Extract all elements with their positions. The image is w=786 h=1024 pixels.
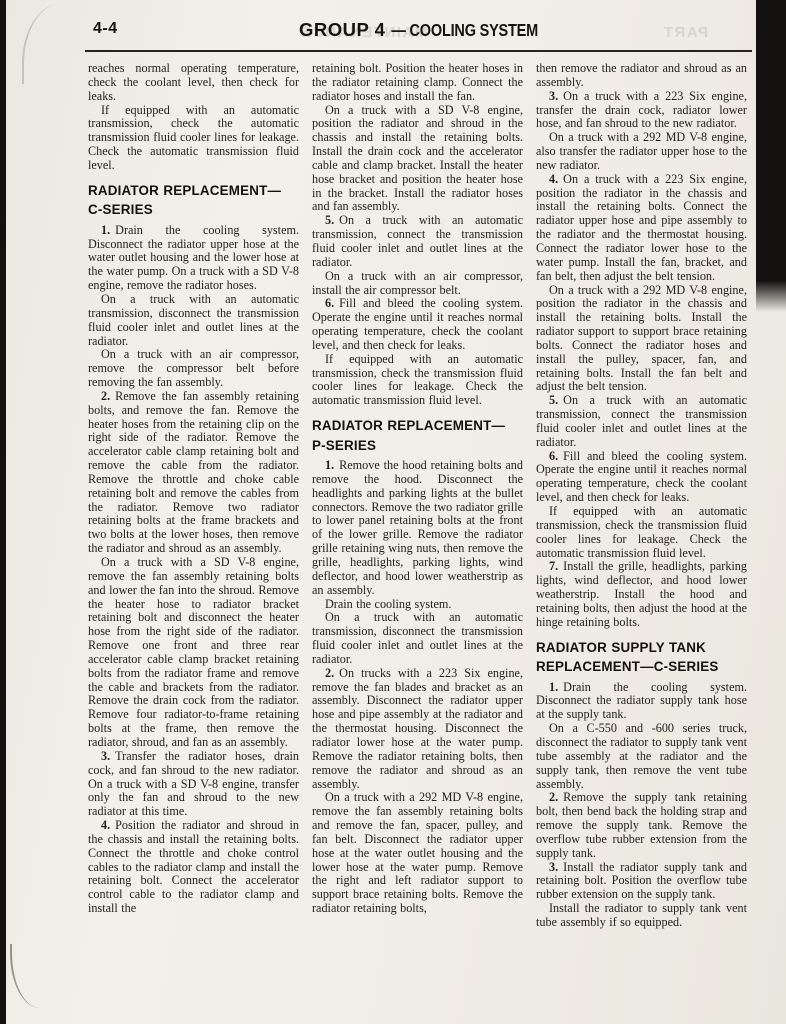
step-paragraph: 2.Remove the fan assembly retaining bolt… — [88, 390, 299, 556]
scan-edge-right — [756, 0, 786, 312]
step-paragraph: 3.Install the radiator supply tank and r… — [536, 861, 747, 903]
paragraph: If equipped with an automatic transmissi… — [88, 104, 299, 173]
step-number: 2. — [101, 389, 110, 403]
paragraph: On a truck with a 292 MD V-8 engine, pos… — [536, 284, 747, 395]
step-text: Drain the cooling system. Disconnect the… — [88, 223, 299, 292]
paragraph: Install the radiator to supply tank vent… — [536, 902, 747, 930]
paragraph: On a truck with an automatic transmissio… — [312, 611, 523, 666]
step-number: 4. — [101, 818, 110, 832]
group-title: GROUP 4 — [299, 19, 385, 40]
step-text: Install the grille, headlights, parking … — [536, 559, 747, 628]
step-text: Remove the supply tank retaining bolt, t… — [536, 790, 747, 859]
step-number: 4. — [549, 172, 558, 186]
step-number: 6. — [549, 449, 558, 463]
step-text: On trucks with a 223 Six engine, remove … — [312, 666, 523, 791]
step-number: 1. — [325, 458, 334, 472]
step-text: On a truck with an automatic transmissio… — [312, 213, 523, 269]
step-number: 2. — [325, 666, 334, 680]
step-number: 5. — [325, 213, 334, 227]
heading-line: RADIATOR REPLACEMENT— — [88, 183, 281, 198]
column-1: reaches normal operating temperature, ch… — [88, 62, 299, 930]
step-text: On a truck with a 223 Six engine, positi… — [536, 172, 747, 283]
step-paragraph: 6.Fill and bleed the cooling system. Ope… — [536, 450, 747, 505]
paragraph: retaining bolt. Position the heater hose… — [312, 62, 523, 104]
step-paragraph: 1.Drain the cooling system. Disconnect t… — [88, 224, 299, 293]
column-2: retaining bolt. Position the heater hose… — [312, 62, 523, 930]
step-text: Transfer the radiator hoses, drain cock,… — [88, 749, 299, 818]
step-number: 6. — [325, 296, 334, 310]
paragraph: On a truck with a 292 MD V-8 engine, als… — [536, 131, 747, 173]
paragraph: Drain the cooling system. — [312, 598, 523, 612]
step-number: 3. — [549, 89, 558, 103]
heading-line: C-SERIES — [88, 202, 153, 217]
paragraph: On a truck with an air compressor, remov… — [88, 348, 299, 390]
paragraph: On a truck with a 292 MD V-8 engine, rem… — [312, 791, 523, 916]
paragraph: reaches normal operating temperature, ch… — [88, 62, 299, 104]
page-curl-bottom-left — [10, 944, 46, 1008]
text-columns: reaches normal operating temperature, ch… — [88, 62, 747, 930]
step-text: On a truck with an automatic transmissio… — [536, 393, 747, 449]
column-3: then remove the radiator and shroud as a… — [536, 62, 747, 930]
scan-edge-left — [0, 0, 6, 1024]
section-heading: RADIATOR REPLACEMENT—C-SERIES — [88, 181, 299, 220]
manual-page: PART MAINTENANCE 4-4 GROUP 4 — COOLING S… — [0, 0, 786, 1024]
paragraph: On a truck with a SD V-8 engine, remove … — [88, 556, 299, 750]
paragraph: If equipped with an automatic transmissi… — [536, 505, 747, 560]
step-paragraph: 7.Install the grille, headlights, parkin… — [536, 560, 747, 629]
step-text: On a truck with a 223 Six engine, transf… — [536, 89, 747, 131]
step-paragraph: 2.Remove the supply tank retaining bolt,… — [536, 791, 747, 860]
paragraph: On a truck with an automatic transmissio… — [88, 293, 299, 348]
step-paragraph: 5.On a truck with an automatic transmiss… — [536, 394, 747, 449]
step-paragraph: 3.On a truck with a 223 Six engine, tran… — [536, 90, 747, 132]
heading-line: RADIATOR SUPPLY TANK — [536, 640, 706, 655]
page-header: 4-4 GROUP 4 — COOLING SYSTEM — [85, 16, 752, 52]
step-number: 1. — [101, 223, 110, 237]
step-number: 1. — [549, 680, 558, 694]
step-number: 7. — [549, 559, 558, 573]
step-paragraph: 1.Remove the hood retaining bolts and re… — [312, 459, 523, 597]
step-text: Remove the hood retaining bolts and remo… — [312, 458, 523, 597]
step-text: Drain the cooling system. Disconnect the… — [536, 680, 747, 722]
step-text: Fill and bleed the cooling system. Opera… — [536, 449, 747, 505]
paragraph: then remove the radiator and shroud as a… — [536, 62, 747, 90]
step-paragraph: 1.Drain the cooling system. Disconnect t… — [536, 681, 747, 723]
paragraph: On a C-550 and -600 series truck, discon… — [536, 722, 747, 791]
section-heading: RADIATOR REPLACEMENT—P-SERIES — [312, 416, 523, 455]
heading-line: P-SERIES — [312, 438, 376, 453]
step-paragraph: 5.On a truck with an automatic transmiss… — [312, 214, 523, 269]
step-text: Remove the fan assembly retaining bolts,… — [88, 389, 299, 555]
heading-line: REPLACEMENT—C-SERIES — [536, 659, 719, 674]
paragraph: On a truck with a SD V-8 engine, positio… — [312, 104, 523, 215]
step-number: 3. — [549, 860, 558, 874]
heading-line: RADIATOR REPLACEMENT— — [312, 418, 505, 433]
section-title: — COOLING SYSTEM — [391, 22, 538, 41]
step-paragraph: 4.On a truck with a 223 Six engine, posi… — [536, 173, 747, 284]
step-paragraph: 3.Transfer the radiator hoses, drain coc… — [88, 750, 299, 819]
page-curl-top-left — [22, 4, 64, 84]
page-title: GROUP 4 — COOLING SYSTEM — [85, 19, 752, 41]
step-paragraph: 2.On trucks with a 223 Six engine, remov… — [312, 667, 523, 792]
step-text: Position the radiator and shroud in the … — [88, 818, 299, 915]
step-number: 5. — [549, 393, 558, 407]
step-number: 2. — [549, 790, 558, 804]
paragraph: On a truck with an air compressor, insta… — [312, 270, 523, 298]
step-paragraph: 4.Position the radiator and shroud in th… — [88, 819, 299, 916]
section-heading: RADIATOR SUPPLY TANKREPLACEMENT—C-SERIES — [536, 638, 747, 677]
paragraph: If equipped with an automatic transmissi… — [312, 353, 523, 408]
step-text: Fill and bleed the cooling system. Opera… — [312, 296, 523, 352]
step-number: 3. — [101, 749, 110, 763]
step-text: Install the radiator supply tank and ret… — [536, 860, 747, 902]
step-paragraph: 6.Fill and bleed the cooling system. Ope… — [312, 297, 523, 352]
